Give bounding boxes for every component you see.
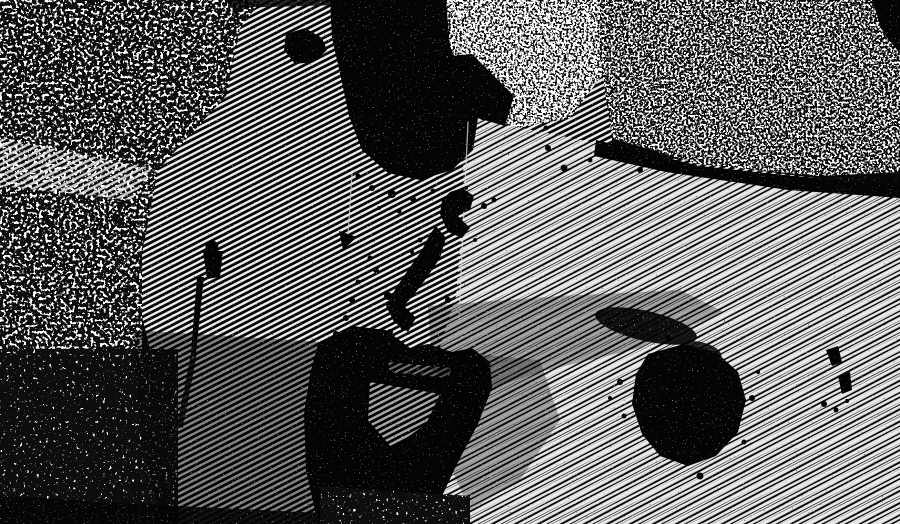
halftone-collage-image xyxy=(0,0,900,524)
halftone-collage-svg xyxy=(0,0,900,524)
page-body: { "image": { "kind": "halftone-xerox-pri… xyxy=(0,0,900,524)
print-grain-dark xyxy=(0,0,900,524)
